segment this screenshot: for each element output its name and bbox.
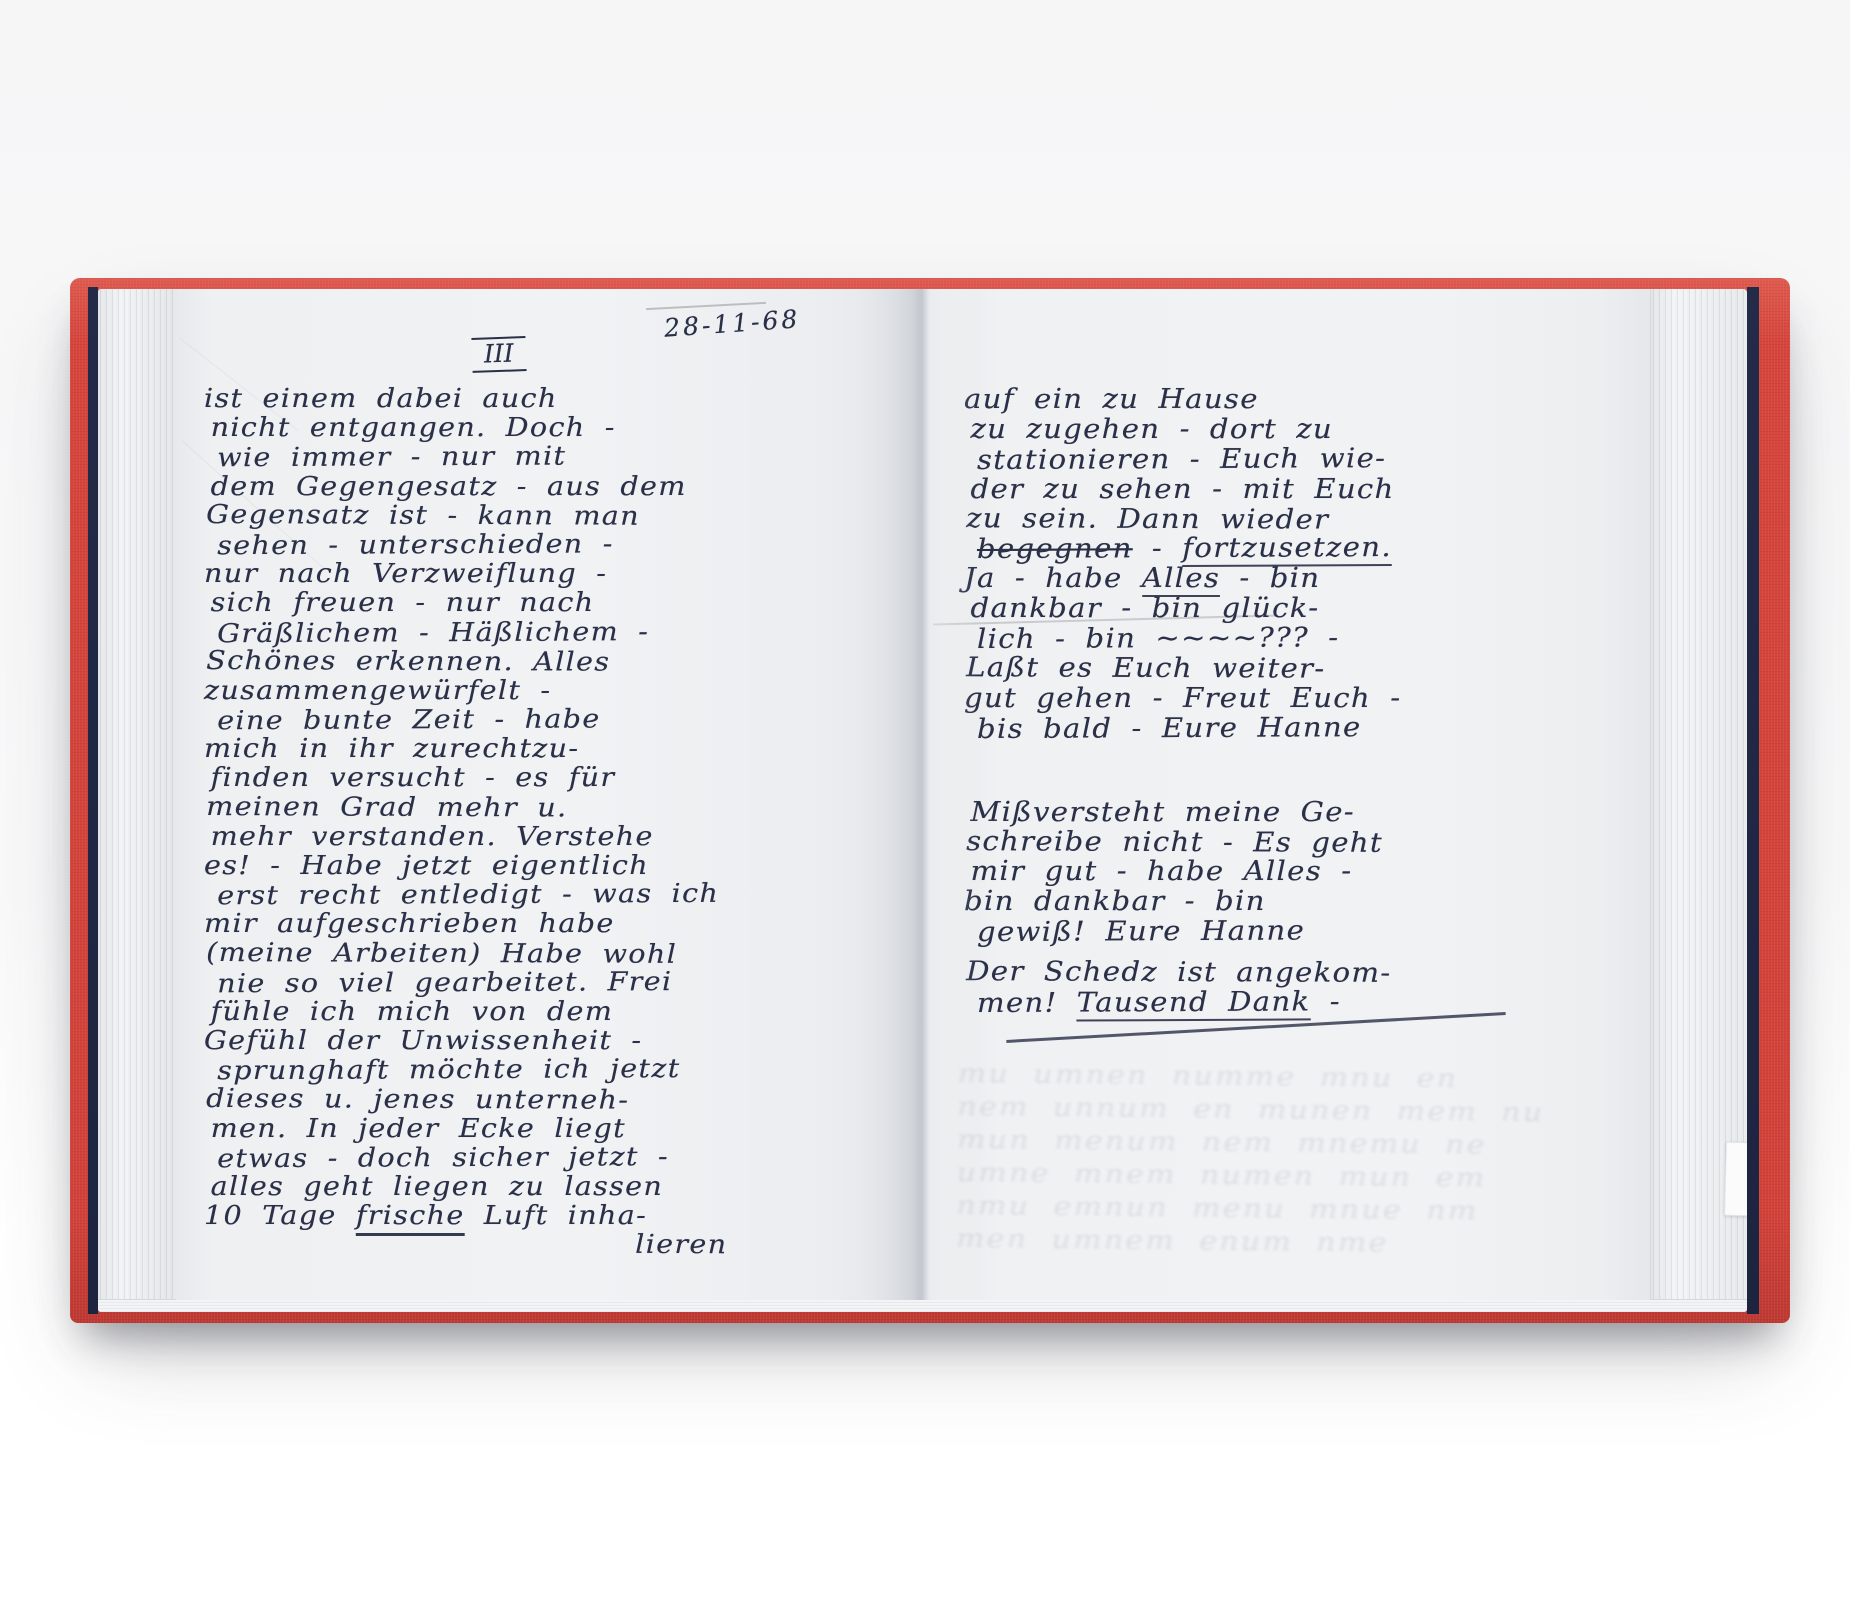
handwriting-line: Laßt es Euch weiter-: [966, 652, 1401, 684]
handwriting-line: men! Tausend Dank -: [977, 986, 1402, 1018]
handwriting-line: meinen Grad mehr u.: [206, 792, 727, 823]
line-fragment: - bin: [1220, 563, 1320, 594]
page-block: III 28-11-68 ist einem dabei auch nicht …: [98, 289, 1747, 1312]
handwriting-line: mir gut - habe Alles -: [970, 856, 1401, 886]
handwriting-line: nie so viel gearbeitet. Frei: [217, 967, 727, 999]
ghost-line: men umnem enum nme: [956, 1224, 1543, 1263]
handwriting-line: zu sein. Dann wieder: [966, 503, 1401, 535]
line-fragment: -: [1310, 986, 1341, 1017]
handwriting-line: sprunghaft möchte ich jetzt: [217, 1054, 727, 1086]
bleed-through-text: mu umnen numme mnu en nem unnum en munen…: [956, 1059, 1545, 1263]
handwriting-line: es! - Habe jetzt eigentlich: [204, 851, 727, 880]
line-fragment: Luft inha-: [465, 1201, 647, 1231]
handwriting-line: zusammengewürfelt -: [204, 676, 727, 705]
underlined-phrase: Tausend Dank: [1077, 986, 1311, 1021]
handwriting-line: auf ein zu Hause: [964, 384, 1401, 414]
handwriting-line: men. In jeder Ecke liegt: [211, 1114, 728, 1143]
handwriting-line: Gräßlichem - Häßlichem -: [217, 616, 727, 648]
right-page: auf ein zu Hause zu zugehen - dort zu st…: [918, 289, 1650, 1300]
handwriting-line: alles geht liegen zu lassen: [211, 1172, 728, 1201]
handwriting-line: schreibe nicht - Es geht: [966, 826, 1401, 858]
handwriting-line: dankbar - bin glück-: [970, 593, 1401, 623]
left-page-handwriting: ist einem dabei auch nicht entgangen. Do…: [204, 384, 727, 1260]
handwriting-line: erst recht entledigt - was ich: [217, 879, 727, 911]
handwriting-line: fühle ich mich von dem: [211, 997, 728, 1026]
handwriting-line: lich - bin ~~~~??? -: [977, 622, 1402, 654]
handwriting-line: Schönes erkennen. Alles: [206, 646, 727, 677]
handwriting-line: stationieren - Euch wie-: [977, 443, 1402, 475]
line-fragment: men!: [977, 988, 1077, 1019]
handwriting-line: Gegensatz ist - kann man: [206, 500, 727, 531]
underlined-word: frische: [356, 1201, 465, 1236]
struck-word: begegnen: [977, 534, 1133, 566]
right-page-handwriting: auf ein zu Hause zu zugehen - dort zu st…: [964, 384, 1401, 1017]
bookmark-tab: [1724, 1142, 1747, 1217]
line-fragment: Ja - habe: [964, 563, 1142, 594]
handwriting-line: Mißversteht meine Ge-: [970, 797, 1401, 827]
handwriting-line: der zu sehen - mit Euch: [970, 474, 1401, 504]
right-endpaper-edge: [1747, 287, 1759, 1314]
underlined-word: Alles: [1142, 563, 1220, 597]
handwriting-line: eine bunte Zeit - habe: [217, 704, 727, 736]
handwriting-line: gut gehen - Freut Euch -: [964, 683, 1401, 713]
handwriting-line: gewiß! Eure Hanne: [977, 915, 1402, 947]
page-bottom-edge: [98, 1299, 1747, 1312]
handwriting-line: bis bald - Eure Hanne: [977, 712, 1402, 744]
handwriting-line: (meine Arbeiten) Habe wohl: [206, 938, 727, 969]
handwriting-line: mir aufgeschrieben habe: [204, 909, 727, 938]
line-fragment: 10 Tage: [204, 1201, 356, 1231]
photo-background: III 28-11-68 ist einem dabei auch nicht …: [0, 0, 1850, 1600]
handwriting-line: begegnen - fortzusetzen.: [977, 532, 1402, 564]
handwriting-line: Ja - habe Alles - bin: [964, 563, 1401, 593]
entry-date: 28-11-68: [663, 304, 801, 342]
underlined-word: fortzusetzen.: [1182, 532, 1392, 567]
handwriting-line: zu zugehen - dort zu: [970, 414, 1401, 444]
handwriting-line: sich freuen - nur nach: [211, 588, 728, 617]
handwriting-line: finden versucht - es für: [211, 763, 728, 792]
handwriting-line: ist einem dabei auch: [204, 384, 727, 413]
handwriting-line: nur nach Verzweiflung -: [204, 559, 727, 588]
left-page-stack: [98, 289, 177, 1300]
section-number: III: [471, 336, 526, 373]
handwriting-line: wie immer - nur mit: [217, 441, 727, 473]
handwriting-line: bin dankbar - bin: [964, 886, 1401, 916]
handwriting-line: mich in ihr zurechtzu-: [204, 734, 727, 763]
handwriting-line: etwas - doch sicher jetzt -: [217, 1142, 727, 1174]
handwriting-line: sehen - unterschieden -: [217, 529, 727, 561]
paragraph-gap: [964, 743, 1401, 797]
handwriting-line: 10 Tage frische Luft inha-: [204, 1201, 727, 1230]
left-endpaper-edge: [88, 287, 98, 1314]
handwriting-line: dem Gegengesatz - aus dem: [211, 472, 728, 501]
handwriting-line: nicht entgangen. Doch -: [211, 413, 728, 442]
handwriting-line: dieses u. jenes unterneh-: [206, 1083, 727, 1114]
line-fragment: -: [1133, 533, 1183, 564]
handwriting-line: mehr verstanden. Verstehe: [211, 822, 728, 851]
handwriting-line: Gefühl der Unwissenheit -: [204, 1026, 727, 1055]
left-page: III 28-11-68 ist einem dabei auch nicht …: [176, 289, 918, 1300]
handwriting-line: lieren: [635, 1230, 727, 1260]
handwriting-line: Der Schedz ist angekom-: [966, 956, 1401, 988]
book-cover: III 28-11-68 ist einem dabei auch nicht …: [70, 278, 1790, 1323]
